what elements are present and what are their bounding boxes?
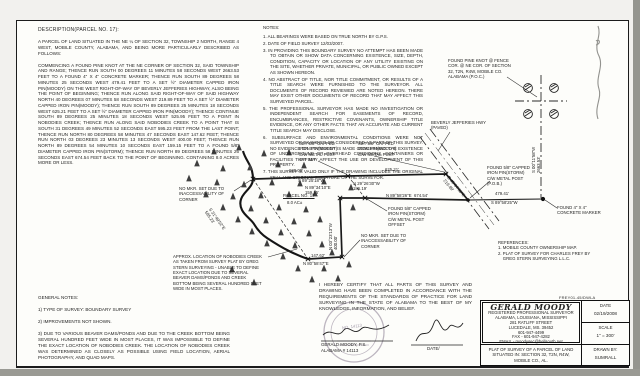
dim-n895826e: N 89°58'26"E 674.54' bbox=[386, 193, 428, 198]
file-number: FREY01-45/DWLA bbox=[559, 295, 595, 300]
legal-description-block: DESCRIPTION(PARCEL NO. 17): A PARCEL OF … bbox=[38, 27, 239, 172]
plat-title: PLAT OF SURVEY OF A PARCEL OF LAND SITUA… bbox=[481, 345, 582, 365]
parcel-number-label: PARCEL NO. 17 bbox=[283, 193, 315, 198]
general-notes-list: 1) TYPE OF SURVEY: BOUNDARY SURVEY2) IMP… bbox=[38, 307, 230, 361]
note-item: 4. NO ABSTRACT OF TITLE, NOR TITLE COMMI… bbox=[263, 77, 423, 105]
found-pine-knot-note: FOUND PINE KNOT @ FENCE COR. @ NE COR. O… bbox=[448, 58, 511, 79]
scanned-plat-page: FOUND PINE KNOT @ FENCE COR. @ NE COR. O… bbox=[0, 0, 640, 376]
note-item: 7. THIS SURVEY IS VALID ONLY IF THE DRAW… bbox=[263, 169, 423, 180]
references-note: REFERENCES: 1. MOBILE COUNTY OWNERSHIP M… bbox=[498, 240, 590, 261]
date-box: DATE 02/19/2008 bbox=[582, 301, 629, 323]
date-value: 02/19/2008 bbox=[582, 311, 629, 316]
scale-label: SCALE bbox=[582, 325, 629, 330]
description-title: DESCRIPTION(PARCEL NO. 17): bbox=[38, 27, 239, 33]
hwy-label: BEVERLY JEFFERIES HWY (PAVED) bbox=[431, 120, 486, 131]
general-note-item: 3) DUE TO VARIOUS BEAVER DAMS/PONDS AND … bbox=[38, 331, 230, 361]
general-notes-title: GENERAL NOTES: bbox=[38, 295, 230, 301]
notes-list: 1. ALL BEARINGS WERE BASED ON TRUE NORTH… bbox=[263, 34, 423, 181]
dim-n292630w: N 29°26'30"W 186.19' bbox=[353, 181, 380, 192]
note-item: 6. SUBSURFACE AND ENVIRONMENTAL CONDITIO… bbox=[263, 135, 423, 168]
general-notes-block: GENERAL NOTES: 1) TYPE OF SURVEY: BOUNDA… bbox=[38, 295, 230, 367]
dim-400: N 03°23'13"W 400.00' bbox=[328, 223, 339, 250]
no-marker-note-west: NO MKR. SET DUE TO INACCESSABILITY OF CO… bbox=[179, 186, 224, 202]
survey-notes-block: NOTES: 1. ALL BEARINGS WERE BASED ON TRU… bbox=[263, 25, 423, 182]
found-pin-pob-label: FOUND 5/8" CAPPED IRON PIN(STORM) C/W ME… bbox=[487, 165, 530, 186]
concrete-marker-label: FOUND 4" X 4" CONCRETE MARKER bbox=[557, 205, 601, 216]
description-paragraph: A PARCEL OF LAND SITUATED IN THE NE ¼ OF… bbox=[38, 39, 239, 56]
note-item: 3. IN PROVIDING THIS BOUNDARY SURVEY NO … bbox=[263, 48, 423, 76]
dim-47941: 479.41' bbox=[495, 191, 509, 196]
drawn-by-box: DRAWN BY: SUMRALL bbox=[582, 345, 629, 365]
date-label: DATE bbox=[582, 303, 629, 308]
found-pin-storm-offset-label: FOUND 5/8" CAPPED IRON PIN(STORM) C/W ME… bbox=[388, 206, 431, 227]
dim-tie-creek: S 31°49'52"E 595.23' bbox=[203, 207, 226, 234]
general-note-item: 1) TYPE OF SURVEY: BOUNDARY SURVEY bbox=[38, 307, 230, 313]
section-line-bearing: S 00°11'58"W 2663.53' bbox=[531, 147, 542, 173]
note-item: 5. THE PROFESSIONAL SURVEYOR HAS MADE NO… bbox=[263, 106, 423, 134]
note-item: 1. ALL BEARINGS WERE BASED ON TRUE NORTH… bbox=[263, 34, 423, 40]
title-block: GERALD MOODY REGISTERED PROFESSIONAL SUR… bbox=[480, 300, 630, 366]
description-paragraph: COMMENCING A FOUND PINE KNOT AT THE NE C… bbox=[38, 63, 239, 167]
signer-name: GERALD MOODY, P.S. bbox=[321, 342, 366, 347]
general-note-item: 2) IMPROVEMENTS NOT SHOWN. bbox=[38, 319, 230, 325]
dim-row-bearing: S 40°07'58"E 219.89' bbox=[442, 175, 467, 201]
scale-value: 1" = 300' bbox=[582, 333, 629, 338]
surveyor-info-box: GERALD MOODY REGISTERED PROFESSIONAL SUR… bbox=[481, 301, 582, 345]
note-item: 2. DATE OF FIELD SURVEY 12/03/2007. bbox=[263, 41, 423, 47]
drawn-by-label: DRAWN BY: bbox=[582, 347, 629, 352]
notes-title: NOTES: bbox=[263, 25, 423, 31]
parcel-area-label: 8.0 AC± bbox=[287, 200, 302, 205]
certification-statement: I HEREBY CERTIFY THAT ALL PARTS OF THIS … bbox=[319, 282, 472, 313]
plat-sheet: FOUND PINE KNOT @ FENCE COR. @ NE COR. O… bbox=[16, 20, 629, 368]
dim-s895825w: S 89°58'25"W bbox=[491, 200, 518, 205]
date-signature-label: DATE/ bbox=[427, 346, 440, 351]
signer-registration: ALABAMA # 14113 bbox=[321, 348, 358, 353]
drawn-by-value: SUMRALL bbox=[582, 355, 629, 360]
scale-box: SCALE 1" = 300' bbox=[582, 323, 629, 345]
creek-approx-note: APPROX. LOCATION OF NOBODIES CREEK AS TA… bbox=[173, 254, 262, 292]
dim-14762: 147.62' bbox=[311, 253, 325, 258]
no-marker-note-south: NO MKR. SET DUE TO INACCESSABILITY OF CO… bbox=[361, 233, 406, 249]
dim-n805847e: N 80°58'47"E bbox=[303, 261, 329, 266]
